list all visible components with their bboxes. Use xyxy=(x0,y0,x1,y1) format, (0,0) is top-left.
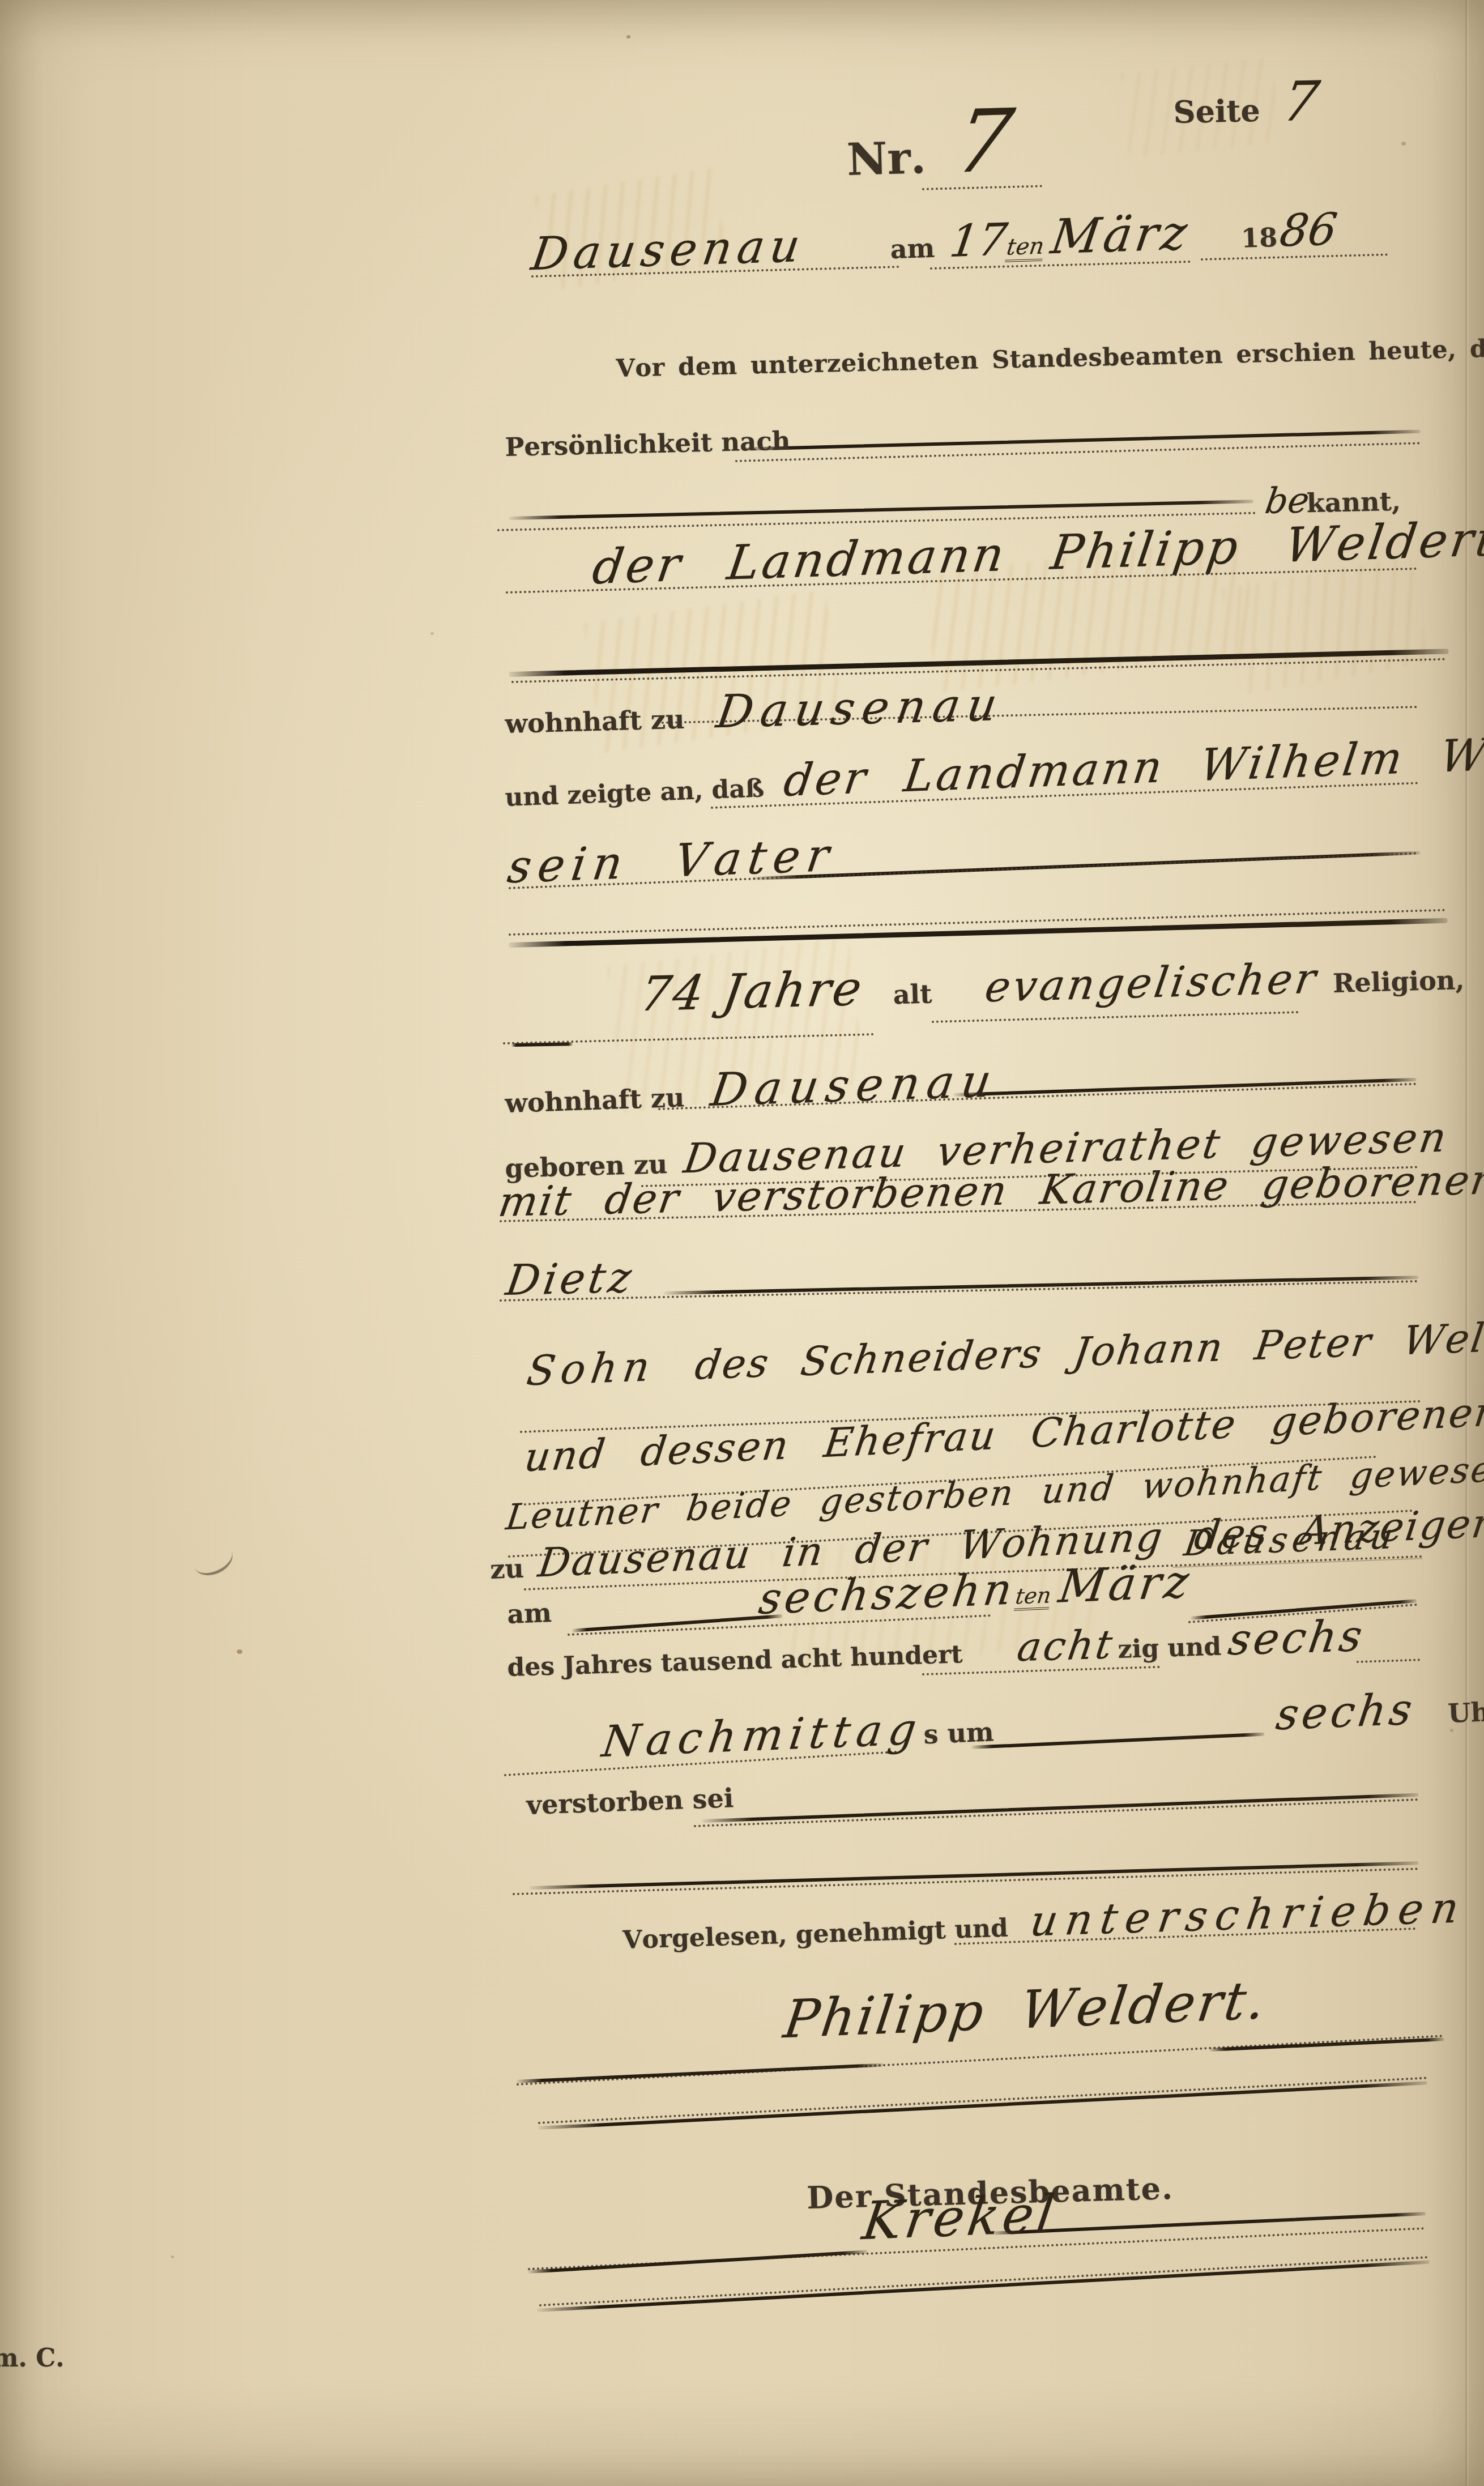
dateline-day-suffix: ten xyxy=(1005,235,1046,262)
relation-text: sein Vater xyxy=(504,829,839,894)
deceased-age: 74 Jahre xyxy=(637,961,868,1022)
dateline-year: 86 xyxy=(1277,204,1340,257)
age-label: alt xyxy=(893,979,932,1010)
record-number-label: Nr. xyxy=(846,132,927,186)
paper-speck xyxy=(626,35,630,39)
rule-religion-field xyxy=(932,1011,1299,1023)
spouse-maiden-row: Dietz xyxy=(506,1253,635,1305)
paper-speck xyxy=(171,2255,174,2258)
filler-stroke-2 xyxy=(538,2081,1427,2130)
registrar-signature: Krekel xyxy=(859,2184,1061,2252)
deceased-residence-label: wohnhaft zu xyxy=(505,1082,685,1119)
father-text: des Schneiders Johann Peter Weldert xyxy=(693,1311,1484,1389)
death-day-suffix: ten xyxy=(1014,1584,1052,1611)
verstorben-row: verstorben sei xyxy=(526,1783,734,1820)
paper-speck xyxy=(430,632,434,635)
spouse-maiden-name: Dietz xyxy=(503,1253,638,1305)
final-stroke xyxy=(537,2261,1430,2312)
dateline-place: Dausenau xyxy=(528,219,809,281)
rule-verstorben-field xyxy=(694,1798,1418,1827)
identity-row: Persönlichkeit nach xyxy=(505,426,791,462)
declarant-residence-label: wohnhaft zu xyxy=(505,704,685,739)
death-year-tens: acht xyxy=(1014,1621,1118,1670)
declarant-signature: Philipp Weldert. xyxy=(780,1969,1270,2050)
declarant-name: der Landmann Philipp Weldert xyxy=(589,511,1484,595)
declarant-residence-row: wohnhaft zu Dausenau xyxy=(504,678,1005,744)
pen-line-registrar-left xyxy=(528,2250,867,2274)
strikeout-identity-field xyxy=(741,430,1421,451)
strikeout-empty-row xyxy=(530,1861,1419,1890)
paper-speck xyxy=(1401,142,1406,146)
known-handwritten-prefix: be xyxy=(1263,479,1312,522)
dateline-am-label: am xyxy=(890,233,935,265)
death-daypart: Nachmittag xyxy=(599,1703,926,1767)
paper-speck xyxy=(237,1649,242,1654)
page-label: Seite xyxy=(1173,92,1260,130)
age-religion-row: 74 Jahre alt evangelischer Religion, xyxy=(640,945,1465,1022)
deceased-name: der Landmann Wilhelm Weldert xyxy=(781,724,1484,807)
known-printed-suffix: kannt, xyxy=(1306,486,1401,519)
verstorben-label: verstorben sei xyxy=(526,1783,734,1820)
identity-label: Persönlichkeit nach xyxy=(505,426,791,462)
death-year-ones: sechs xyxy=(1225,1610,1368,1665)
death-day: sechszehn xyxy=(756,1563,1018,1624)
death-hour: sechs xyxy=(1273,1683,1418,1739)
death-record-page: Seite 7 Nr. 7 Dausenau am 17 ten März 18… xyxy=(0,0,1484,2486)
strikeout-spouse-name xyxy=(664,1276,1418,1295)
religion-label: Religion, xyxy=(1332,965,1465,999)
declarant-signature-row: Philipp Weldert. xyxy=(783,1970,1268,2050)
rule-declarant-signature xyxy=(517,2035,1443,2086)
deceased-residence-row: wohnhaft zu Dausenau xyxy=(504,1054,999,1123)
rule-year-ones xyxy=(1357,1658,1420,1663)
pen-line-signature-left xyxy=(517,2063,884,2083)
declarant-residence: Dausenau xyxy=(713,678,1008,739)
father-row: Sohn des Schneiders Johann Peter Weldert xyxy=(527,1310,1484,1395)
stray-ink-mark xyxy=(189,1538,238,1581)
dateline-century: 18 xyxy=(1240,222,1278,254)
form-note-row: m. C. xyxy=(0,2344,65,2373)
pen-line-signature-right xyxy=(1209,2037,1444,2052)
registrar-signature-row: Krekel xyxy=(862,2184,1059,2252)
deceased-religion: evangelischer xyxy=(982,954,1322,1012)
death-month: März xyxy=(1056,1555,1196,1613)
death-date-am-label: am xyxy=(506,1597,552,1630)
strikeout-verstorben-field xyxy=(702,1793,1418,1823)
deceased-residence: Dausenau xyxy=(707,1054,1002,1116)
dateline-day: 17 xyxy=(946,214,1010,267)
intro-text: Vor dem unterzeichneten Standesbeamten e… xyxy=(616,334,1484,383)
death-year-mid-label: zig und xyxy=(1118,1632,1222,1664)
closing-row: Vorgelesen, genehmigt und unterschrieben xyxy=(622,1883,1467,1959)
rule-age-field xyxy=(503,1033,874,1044)
page-number-handwritten: 7 xyxy=(1279,69,1323,134)
record-number-handwritten: 7 xyxy=(949,90,1019,193)
closing-printed: Vorgelesen, genehmigt und xyxy=(622,1914,1009,1955)
dateline-month: März xyxy=(1047,204,1194,265)
report-label: und zeigte an, daß xyxy=(504,774,765,812)
closing-manner: unterschrieben xyxy=(1027,1883,1469,1946)
uhr-label: Uhr xyxy=(1447,1696,1484,1729)
strikeout-known-field xyxy=(509,500,1253,520)
death-time-mid-label: s um xyxy=(923,1716,995,1750)
rule-filler-2 xyxy=(538,2076,1427,2124)
page-crease xyxy=(1465,0,1469,2486)
death-time-row: Nachmittag s um sechs Uhr xyxy=(602,1680,1484,1767)
form-note: m. C. xyxy=(0,2344,65,2373)
ink-ghost-stain xyxy=(1221,556,1430,696)
page-header: Seite 7 xyxy=(1172,70,1319,136)
rule-spouse-name xyxy=(500,1280,1418,1302)
death-year-label: des Jahres tausend acht hundert xyxy=(507,1640,963,1682)
intro-line: Vor dem unterzeichneten Standesbeamten e… xyxy=(616,334,1484,383)
relation-row: sein Vater xyxy=(507,829,836,893)
son-word: Sohn xyxy=(524,1342,658,1395)
record-number-row: Nr. 7 xyxy=(845,91,1013,195)
death-place-label: zu xyxy=(489,1553,524,1585)
